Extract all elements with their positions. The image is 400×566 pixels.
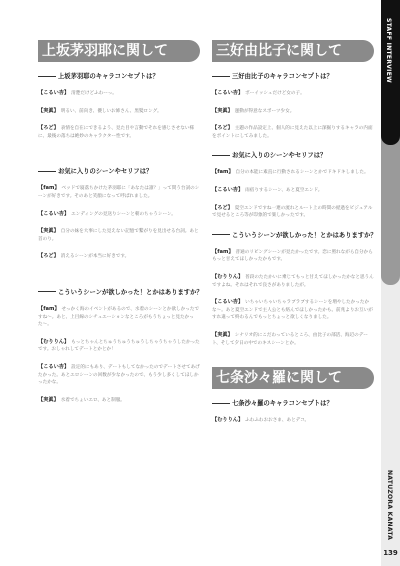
dash-divider bbox=[38, 171, 56, 172]
answer: 【こるい杏】いちゃいちゃいちゃラブラブするシーンを増やしたかったかな〜。あと夏空… bbox=[212, 299, 374, 322]
answer: 【むりりん】もっとちゃんとちゅうちゅうちゅうしちゃうちゃうしたかったです。おしゃ… bbox=[38, 339, 200, 354]
answer: 【ろど】表情を自在にできるよう、見た目や言動でそれを感じさせない様に、最後の落ち… bbox=[38, 125, 200, 140]
strip-gray-band bbox=[381, 130, 400, 285]
answer: 【実眞】シナリオ的にこだわっているところ、由比子の部活、海辺のデート、そして夕日… bbox=[212, 332, 374, 347]
right-column: 三好由比子に関して 三好由比子のキャラコンセプトは？ 【こるい杏】ボーイッシュだ… bbox=[212, 40, 374, 435]
dash-divider bbox=[212, 234, 230, 235]
answer: 【fam】自分の本能に素直に行動されるシーンとかでドキドキしました。 bbox=[212, 169, 374, 177]
speaker-tag: 【ろど】 bbox=[212, 205, 233, 211]
speaker-tag: 【fam】 bbox=[38, 185, 60, 191]
answer: 【fam】ベッドで寝落ちかけた茅羽耶に「あなたは誰？」って問う台詞のシーンが好き… bbox=[38, 185, 200, 200]
answer: 【実眞】水着でちょいエロ、あと制服。 bbox=[38, 397, 200, 405]
speaker-tag: 【fam】 bbox=[212, 249, 234, 255]
answer: 【fam】せっかく海のイベントがあるので、水着のシーンとか欲しかったですね〜。あ… bbox=[38, 306, 200, 329]
speaker-tag: 【こるい杏】 bbox=[38, 211, 69, 217]
question: 七条沙々羅のキャラコンセプトは？ bbox=[212, 398, 374, 407]
speaker-tag: 【実眞】 bbox=[212, 108, 233, 114]
answer: 【むりりん】ふわふわおおさま、あとデコ。 bbox=[212, 417, 374, 425]
question: お気に入りのシーンやセリフは？ bbox=[38, 166, 200, 175]
page-number: 139 bbox=[381, 549, 400, 557]
answer: 【こるい杏】清楚だけどふわーっ。 bbox=[38, 90, 200, 98]
title-label: NATUZORA KANATA bbox=[386, 470, 393, 540]
answer: 【むりりん】普段のたたかいに乗じてもっと甘えてほしかったかなと思うんですよね。そ… bbox=[212, 274, 374, 289]
side-strip: STAFF INTERVIEW NATUZORA KANATA bbox=[381, 0, 400, 566]
speaker-tag: 【ろど】 bbox=[38, 253, 59, 259]
dash-divider bbox=[38, 291, 56, 292]
speaker-tag: 【実眞】 bbox=[38, 228, 59, 234]
section-header-shichijo: 七条沙々羅に関して bbox=[212, 367, 374, 389]
speaker-tag: 【ろど】 bbox=[38, 125, 59, 131]
question: 上坂茅羽耶のキャラコンセプトは？ bbox=[38, 71, 200, 80]
answer: 【こるい杏】設定的にもあり、デートもしてなかったのでデートさせてあげたかった。あ… bbox=[38, 364, 200, 387]
section-header-kamisaka: 上坂茅羽耶に関して bbox=[38, 40, 200, 62]
answer: 【ろど】消えるシーンが本当に好きです。 bbox=[38, 253, 200, 261]
question: お気に入りのシーンやセリフは？ bbox=[212, 150, 374, 159]
answer: 【実眞】自分の妹を大事にした見えない記憶で繋がりを見出せる台詞。あと首のり。 bbox=[38, 228, 200, 243]
answer: 【こるい杏】エンディングの見送りシーンと朝のちゃうシーン。 bbox=[38, 211, 200, 219]
dash-divider bbox=[38, 76, 56, 77]
speaker-tag: 【fam】 bbox=[38, 306, 60, 312]
question: こういうシーンが欲しかった！とかはありますか？ bbox=[38, 287, 200, 296]
speaker-tag: 【fam】 bbox=[212, 169, 234, 175]
answer: 【fam】普通のリビングシーンが見たかったです。恋に照れながら自分からもっと甘え… bbox=[212, 249, 374, 264]
dash-divider bbox=[212, 403, 230, 404]
speaker-tag: 【むりりん】 bbox=[38, 339, 69, 345]
answer: 【実眞】明るい、前向き、優しいお姉さん、黒髪ロング。 bbox=[38, 108, 200, 116]
answer: 【ろど】主題の作品設定上、個人的に見えた以上に深掘りするキャラの内面をポイントに… bbox=[212, 125, 374, 140]
speaker-tag: 【こるい杏】 bbox=[212, 299, 243, 305]
staff-interview-label: STAFF INTERVIEW bbox=[385, 18, 392, 83]
section-header-miyoshi: 三好由比子に関して bbox=[212, 40, 374, 62]
speaker-tag: 【むりりん】 bbox=[212, 274, 243, 280]
speaker-tag: 【こるい杏】 bbox=[38, 90, 69, 96]
answer: 【実眞】運動が得意なスポーツ少女。 bbox=[212, 108, 374, 116]
left-column: 上坂茅羽耶に関して 上坂茅羽耶のキャラコンセプトは？ 【こるい杏】清楚だけどふわ… bbox=[38, 40, 200, 414]
speaker-tag: 【こるい杏】 bbox=[212, 90, 243, 96]
dash-divider bbox=[212, 155, 230, 156]
speaker-tag: 【こるい杏】 bbox=[212, 187, 243, 193]
speaker-tag: 【むりりん】 bbox=[212, 417, 243, 423]
question: 三好由比子のキャラコンセプトは？ bbox=[212, 71, 374, 80]
speaker-tag: 【実眞】 bbox=[212, 332, 233, 338]
answer: 【こるい杏】雨宿りするシーン、あと夏空エンド。 bbox=[212, 187, 374, 195]
question: こういうシーンが欲しかった！とかはありますか？ bbox=[212, 230, 374, 239]
speaker-tag: 【実眞】 bbox=[38, 397, 59, 403]
dash-divider bbox=[212, 76, 230, 77]
speaker-tag: 【実眞】 bbox=[38, 108, 59, 114]
answer: 【ろど】夏空エンドですね一連の流れとルート上の時間の経過をビジュアルで見せるとこ… bbox=[212, 205, 374, 220]
speaker-tag: 【ろど】 bbox=[212, 125, 233, 131]
speaker-tag: 【こるい杏】 bbox=[38, 364, 69, 370]
answer: 【こるい杏】ボーイッシュだけど女の子。 bbox=[212, 90, 374, 98]
